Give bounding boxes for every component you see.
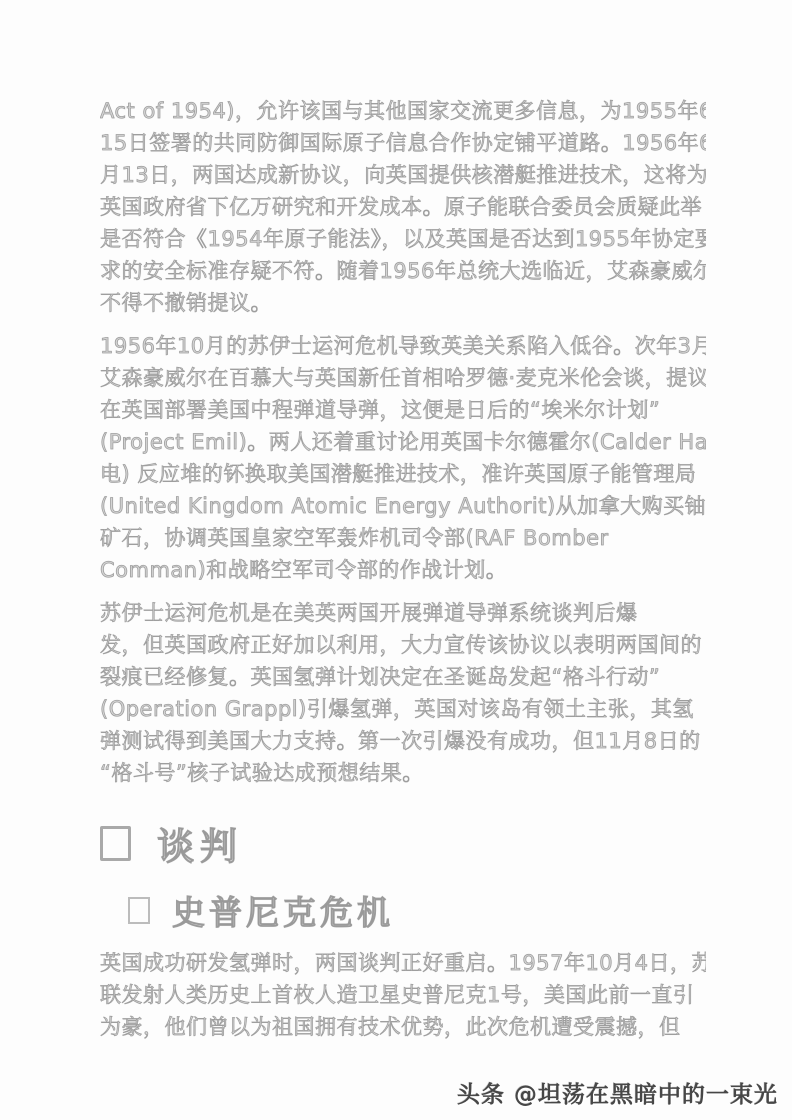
text-line: 在英国部署美国中程弹道导弹，这便是日后的“埃米尔计划” [100, 394, 706, 426]
text-line: “格斗号”核子试验达成预想结果。 [100, 757, 706, 789]
text-line: 1956年10月的苏伊士运河危机导致英美关系陷入低谷。次年3月， [100, 330, 706, 362]
text-line: 裂痕已经修复。英国氢弹计划决定在圣诞岛发起“格斗行动” [100, 661, 706, 693]
document-page: Act of 1954)，允许该国与其他国家交流更多信息，为1955年6月15日… [0, 0, 792, 1120]
text-line: (United Kingdom Atomic Energy Authorit)从… [100, 490, 706, 522]
text-line: 发，但英国政府正好加以利用，大力宣传该协议以表明两国间的 [100, 629, 706, 661]
text-line: 艾森豪威尔在百慕大与英国新任首相哈罗德·麦克米伦会谈，提议 [100, 362, 706, 394]
paragraph-suez-bermuda: 1956年10月的苏伊士运河危机导致英美关系陷入低谷。次年3月，艾森豪威尔在百慕… [100, 330, 706, 586]
subsection-heading-text: 史普尼克危机 [172, 887, 394, 934]
text-line: 英国政府省下亿万研究和开发成本。原子能联合委员会质疑此举 [100, 191, 706, 223]
watermark: 头条 @坦荡在黑暗中的一束光 [457, 1076, 778, 1109]
text-line: 15日签署的共同防御国际原子信息合作协定铺平道路。1956年6 [100, 127, 706, 159]
text-line: 电) 反应堆的钚换取美国潜艇推进技术，准许英国原子能管理局 [100, 458, 706, 490]
paragraph-mcmahon-act: Act of 1954)，允许该国与其他国家交流更多信息，为1955年6月15日… [100, 95, 706, 319]
text-line: 苏伊士运河危机是在美英两国开展弹道导弹系统谈判后爆 [100, 597, 706, 629]
text-line: 为豪，他们曾以为祖国拥有技术优势，此次危机遭受震撼，但 [100, 1011, 706, 1043]
text-line: 弹测试得到美国大力支持。第一次引爆没有成功，但11月8日的 [100, 725, 706, 757]
text-line: (Project Emil)。两人还着重讨论用英国卡尔德霍尔(Calder Ha… [100, 426, 706, 458]
text-line: Comman)和战略空军司令部的作战计划。 [100, 554, 706, 586]
text-line: 求的安全标准存疑不符。随着1956年总统大选临近，艾森豪威尔 [100, 255, 706, 287]
text-line: 月13日，两国达成新协议，向英国提供核潜艇推进技术，这将为 [100, 159, 706, 191]
text-line: 矿石，协调英国皇家空军轰炸机司令部(RAF Bomber [100, 522, 706, 554]
text-line: 是否符合《1954年原子能法》，以及英国是否达到1955年协定要 [100, 223, 706, 255]
article-text-column: Act of 1954)，允许该国与其他国家交流更多信息，为1955年6月15日… [100, 95, 706, 1054]
text-line: 英国成功研发氢弹时，两国谈判正好重启。1957年10月4日，苏 [100, 947, 706, 979]
text-line: 联发射人类历史上首枚人造卫星史普尼克1号，美国此前一直引 [100, 979, 706, 1011]
paragraph-sputnik-launch: 英国成功研发氢弹时，两国谈判正好重启。1957年10月4日，苏联发射人类历史上首… [100, 947, 706, 1043]
subsection-heading-sputnik-crisis: 史普尼克危机 [128, 887, 706, 934]
section-heading-negotiations: 谈判 [100, 816, 706, 870]
hollow-square-bullet-icon [100, 826, 131, 861]
text-line: (Operation Grappl)引爆氢弹，英国对该岛有领土主张，其氢 [100, 693, 706, 725]
hollow-square-bullet-icon [128, 897, 150, 924]
text-line: 不得不撤销提议。 [100, 287, 706, 319]
section-heading-text: 谈判 [157, 816, 243, 870]
text-line: Act of 1954)，允许该国与其他国家交流更多信息，为1955年6月 [100, 95, 706, 127]
watermark-text: 头条 @坦荡在黑暗中的一束光 [457, 1082, 778, 1108]
paragraph-operation-grapple: 苏伊士运河危机是在美英两国开展弹道导弹系统谈判后爆发，但英国政府正好加以利用，大… [100, 597, 706, 789]
